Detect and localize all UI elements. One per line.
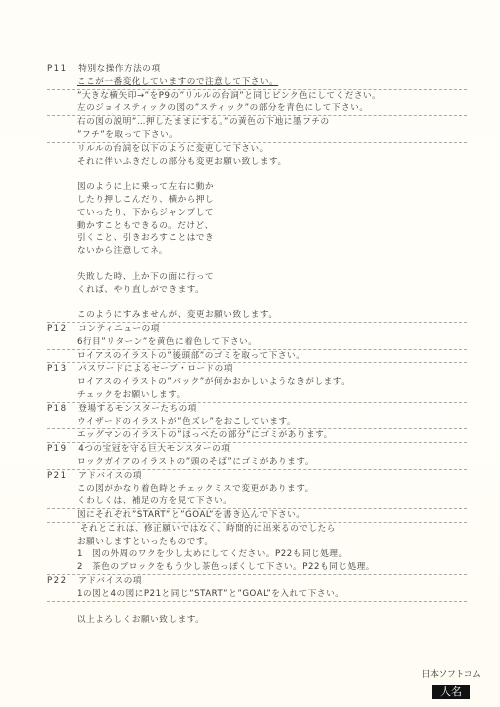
dialogue-line: 図のように上に乗って左右に動か — [47, 181, 467, 194]
section-number: P21 — [47, 470, 75, 483]
note-line: 図にそれぞれ”START”と”GOAL”を書き込んで下さい。 — [47, 509, 467, 523]
note-line: 2 茶色のブロックをもう少し茶色っぽくして下さい。P22も同じ処理。 — [47, 561, 467, 575]
section-number: P12 — [47, 323, 75, 336]
spacer — [47, 296, 467, 309]
section-heading-p21: P21 アドバイスの項 — [47, 470, 467, 483]
note-line: ロックガイアのイラストの”頭のそば”にゴミがあります。 — [47, 456, 467, 470]
note-line: ロイアスのイラストの”バック”が何かおかしいようなきがします。 — [47, 376, 467, 389]
section-heading-p12: P12 コンティニューの項 — [47, 323, 467, 336]
note-line: チェックをお願いします。 — [47, 389, 467, 403]
note-line: 1 図の外周のワクを少し太めにしてください。P22も同じ処理。 — [47, 548, 467, 561]
note-line: このようにすみませんが、変更お願い致します。 — [47, 309, 467, 323]
dialogue-line: くれば、やり直しができます。 — [47, 284, 467, 297]
note-line: それとこれは、修正願いではなく、時間的に出来るのでしたら — [47, 523, 467, 536]
note-line: ウイザードのイラストが”色ズレ”をおこしています。 — [47, 416, 467, 430]
note-line: ”フチ”を取って下さい。 — [47, 129, 467, 143]
dialogue-line: 動かすこともできるの。だけど、 — [47, 220, 467, 233]
section-title: アドバイスの項 — [78, 471, 142, 481]
section-title: パスワードによるセーブ・ロードの項 — [78, 364, 233, 374]
note-line: 左のジョイスティックの図の”スティック”の部分を青色にして下さい。 — [47, 102, 467, 116]
section-number: P18 — [47, 403, 75, 416]
section-heading-p18: P18 登場するモンスターたちの項 — [47, 403, 467, 416]
section-heading-p11: P11 特別な操作方法の項 — [47, 63, 467, 76]
note-line: 6行目”リターン”を黄色に着色して下さい。 — [47, 336, 467, 350]
document-page: P11 特別な操作方法の項 ここが一番変化していますので注意して下さい。 ”大き… — [0, 0, 500, 707]
section-title: アドバイスの項 — [78, 576, 142, 586]
redacted-name-label: 人名 — [432, 685, 470, 699]
spacer — [47, 258, 467, 271]
note-line: 右の図の説明”…押したままにする。”の黄色の下地に墨フチの — [47, 116, 467, 129]
spacer — [47, 168, 467, 181]
note-line: くわしくは、補足の方を見て下さい。 — [47, 495, 467, 509]
dialogue-line: 失敗した時、上か下の面に行って — [47, 271, 467, 284]
section-heading-p19: P19 4つの宝冠を守る巨大モンスターの項 — [47, 443, 467, 456]
spacer — [47, 602, 467, 615]
note-line: ここが一番変化していますので注意して下さい。 — [77, 77, 278, 87]
dialogue-line: ていったり、下からジャンプして — [47, 207, 467, 220]
note-line: ”大きな横矢印→”をP9の”リルルの台詞”と同じピンク色にしてください。 — [47, 90, 467, 103]
section-heading-p13: P13 パスワードによるセーブ・ロードの項 — [47, 363, 467, 376]
section-title: 特別な操作方法の項 — [78, 64, 160, 74]
company-stamp: 日本ソフトコム 人名 — [420, 667, 482, 699]
section-number: P19 — [47, 443, 75, 456]
section-heading-p22: P22 アドバイスの項 — [47, 575, 467, 588]
section-number: P13 — [47, 363, 75, 376]
note-line: お願いしますといったものです。 — [47, 536, 467, 549]
handwritten-company-name: 日本ソフトコム — [420, 667, 482, 680]
note-line: それに伴いふきだしの部分も変更お願い致します。 — [47, 156, 467, 169]
section-number: P11 — [47, 63, 75, 76]
document-body: P11 特別な操作方法の項 ここが一番変化していますので注意して下さい。 ”大き… — [47, 63, 467, 627]
section-number: P22 — [47, 575, 75, 588]
dialogue-line: ないから注意してネ。 — [47, 245, 467, 258]
section-title: 登場するモンスターたちの項 — [78, 404, 197, 414]
dialogue-line: したり押しこんだり、横から押し — [47, 194, 467, 207]
note-line: 1の図と4の図にP21と同じ”START”と”GOAL”を入れて下さい。 — [47, 588, 467, 602]
section-title: 4つの宝冠を守る巨大モンスターの項 — [78, 444, 230, 454]
note-line: リルルの台詞を以下のように変更して下さい。 — [47, 143, 467, 156]
closing-line: 以上よろしくお願い致します。 — [47, 614, 467, 627]
dialogue-line: 引くこと、引きおろすことはでき — [47, 232, 467, 245]
note-line: エッグマンのイラストの”ほっぺたの部分”にゴミがあります。 — [47, 429, 467, 443]
section-title: コンティニューの項 — [78, 324, 160, 334]
note-line: ロイアスのイラストの”後頭部”のゴミを取って下さい。 — [47, 350, 467, 364]
note-line: この図がかなり着色時とチェックミスで変更があります。 — [47, 483, 467, 496]
